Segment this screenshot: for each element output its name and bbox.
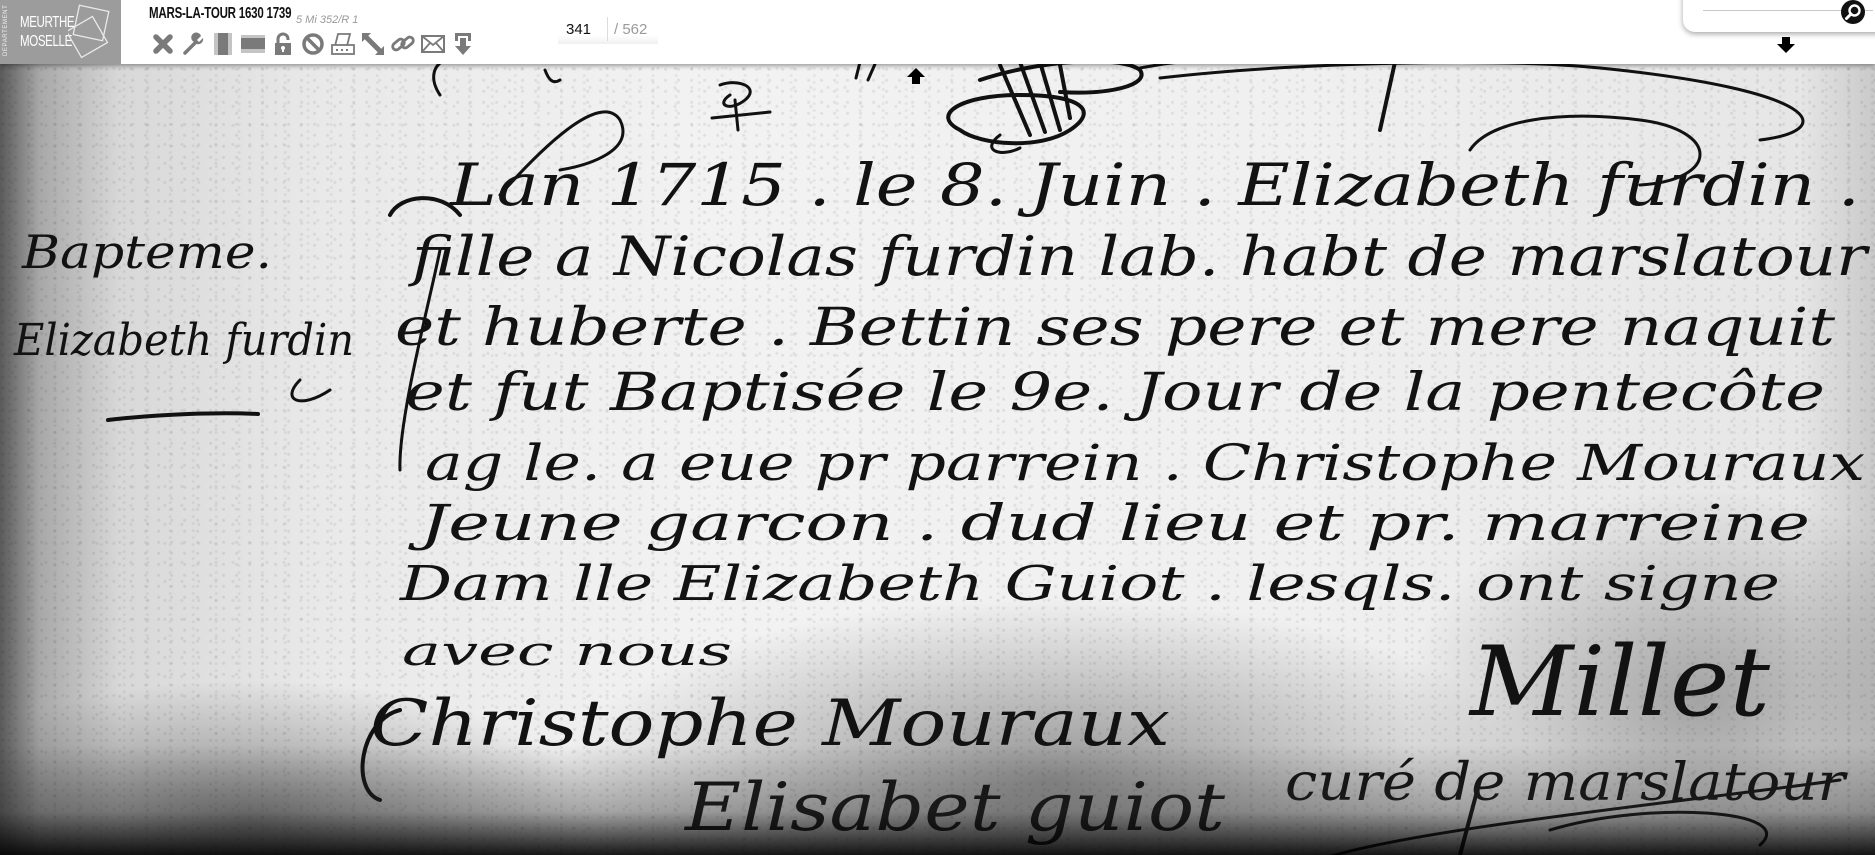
next-page-arrow[interactable] — [1776, 36, 1796, 59]
link-button[interactable] — [388, 31, 418, 57]
svg-text:et fut Baptisée le 9e. Jour de: et fut Baptisée le 9e. Jour de la pentec… — [405, 363, 1825, 423]
unlock-icon — [272, 32, 294, 56]
manuscript-image: Lan 1715 . le 8. Juin . Elizabeth furdin… — [0, 0, 1875, 855]
download-button[interactable] — [448, 31, 478, 57]
page-navigator: / 562 — [558, 14, 658, 44]
printer-icon — [330, 32, 356, 56]
logo-line-2: MOSELLE — [20, 33, 72, 51]
department-logo[interactable]: DEPARTEMENT MEURTHE MOSELLE — [0, 0, 121, 64]
close-button[interactable] — [148, 31, 178, 57]
svg-text:et huberte . Bettin ses pere e: et huberte . Bettin ses pere et mere naq… — [395, 298, 1835, 358]
document-cote: 5 Mi 352/R 1 — [296, 14, 358, 26]
fullscreen-button[interactable] — [358, 31, 388, 57]
viewer-toolbar — [148, 31, 478, 57]
arrow-down-icon — [1776, 36, 1796, 54]
svg-text:curé de marslatour: curé de marslatour — [1285, 753, 1848, 813]
margin-note: Bapteme. Elizabeth furdin — [13, 225, 354, 420]
document-viewer[interactable]: Lan 1715 . le 8. Juin . Elizabeth furdin… — [0, 0, 1875, 855]
unlock-button[interactable] — [268, 31, 298, 57]
logo-squares-icon — [68, 4, 118, 60]
email-button[interactable] — [418, 31, 448, 57]
svg-text:Christophe Mouraux: Christophe Mouraux — [370, 687, 1170, 761]
svg-text:fille a Nicolas furdin lab. ha: fille a Nicolas furdin lab. habt de mars… — [407, 225, 1871, 288]
fit-height-button[interactable] — [208, 31, 238, 57]
svg-text:Dam lle Elizabeth Guiot . lesq: Dam lle Elizabeth Guiot . lesqls. ont si… — [399, 556, 1780, 612]
envelope-icon — [420, 33, 446, 55]
previous-page-arrow[interactable] — [906, 67, 926, 90]
arrow-up-icon — [906, 67, 926, 85]
paraph-flourish — [948, 61, 1141, 152]
svg-text:Jeune garcon . dud lieu et pr.: Jeune garcon . dud lieu et pr. marreine — [407, 494, 1810, 552]
manuscript-text: Lan 1715 . le 8. Juin . Elizabeth furdin… — [395, 151, 1871, 675]
fit-width-button[interactable] — [238, 31, 268, 57]
block-button[interactable] — [298, 31, 328, 57]
no-entry-icon — [301, 32, 325, 56]
logo-line-1: MEURTHE — [20, 14, 74, 32]
zoom-slider-handle[interactable] — [1841, 0, 1865, 24]
document-title: MARS-LA-TOUR 1630 1739 — [149, 5, 291, 23]
svg-text:Lan 1715 . le 8. Juin . Elizab: Lan 1715 . le 8. Juin . Elizabeth furdin… — [449, 151, 1860, 219]
wrench-icon — [181, 32, 205, 56]
svg-text:Elizabeth furdin: Elizabeth furdin — [13, 315, 354, 366]
svg-text:avec nous: avec nous — [402, 629, 732, 675]
fit-height-icon — [211, 32, 235, 56]
expand-arrows-icon — [360, 31, 386, 57]
svg-text:Elisabet guiot: Elisabet guiot — [684, 769, 1226, 846]
svg-text:Bapteme.: Bapteme. — [21, 225, 272, 279]
link-icon — [390, 32, 416, 56]
tools-button[interactable] — [178, 31, 208, 57]
page-total: / 562 — [608, 21, 647, 38]
fit-width-icon — [240, 32, 266, 56]
viewer-header: DEPARTEMENT MEURTHE MOSELLE MARS-LA-TOUR… — [0, 0, 1875, 64]
print-button[interactable] — [328, 31, 358, 57]
logo-prefix: DEPARTEMENT — [3, 6, 9, 56]
page-number-input[interactable] — [558, 17, 608, 41]
download-icon — [452, 31, 474, 57]
zoom-panel — [1683, 0, 1875, 32]
magnifier-icon — [1844, 3, 1862, 21]
svg-text:ag le. a eue pr parrein . Chri: ag le. a eue pr parrein . Christophe Mou… — [425, 434, 1865, 492]
close-icon — [151, 32, 175, 56]
svg-text:Millet: Millet — [1468, 626, 1771, 738]
